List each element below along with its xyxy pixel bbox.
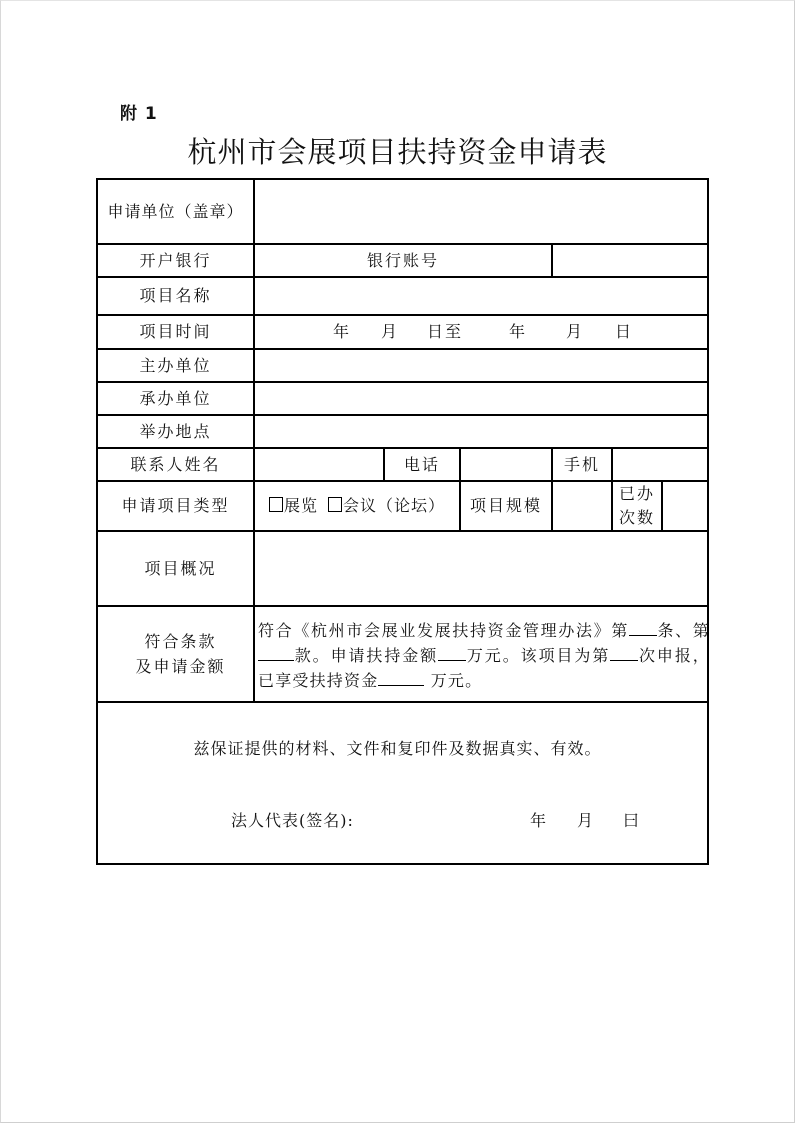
- end-day-label: 日: [615, 320, 633, 344]
- project-time-field[interactable]: 年 月 日至 年 月 日: [255, 316, 707, 348]
- received-amount-blank[interactable]: [378, 669, 424, 686]
- clause-label-line1: 符合条款: [144, 629, 216, 654]
- applicant-label: 申请单位（盖章）: [98, 180, 253, 243]
- organizer-field[interactable]: [255, 350, 707, 381]
- clause-label-line2: 及申请金额: [135, 654, 225, 679]
- bank-field[interactable]: 银行账号: [255, 245, 551, 276]
- venue-label: 举办地点: [98, 416, 253, 447]
- form-title: 杭州市会展项目扶持资金申请表: [0, 130, 795, 171]
- option-conference[interactable]: 会议（论坛）: [328, 494, 445, 518]
- paragraph-number-blank[interactable]: [258, 644, 294, 661]
- co-organizer-field[interactable]: [255, 383, 707, 414]
- signature-field[interactable]: [372, 806, 512, 830]
- applicant-field[interactable]: [255, 180, 707, 243]
- clause-label: 符合条款 及申请金额: [98, 607, 263, 701]
- start-month-label: 月: [381, 320, 399, 344]
- organizer-label: 主办单位: [98, 350, 253, 381]
- checkbox-conference[interactable]: [328, 497, 342, 512]
- checkbox-exhibition[interactable]: [269, 497, 283, 512]
- held-count-label-line1: 已办: [619, 482, 655, 506]
- requested-amount-blank[interactable]: [438, 644, 466, 661]
- contact-name-label: 联系人姓名: [98, 449, 253, 480]
- phone-label: 电话: [385, 449, 459, 480]
- clause-text: 符合《杭州市会展业发展扶持资金管理办法》第条、第款。申请扶持金额万元。该项目为第…: [258, 618, 710, 693]
- project-scale-label: 项目规模: [461, 482, 551, 530]
- annex-label: 附 1: [120, 99, 158, 124]
- application-count-blank[interactable]: [610, 644, 638, 661]
- option-conference-label: 会议（论坛）: [343, 496, 445, 515]
- held-count-label: 已办 次数: [613, 482, 661, 530]
- phone-field[interactable]: [461, 449, 551, 480]
- option-exhibition-label: 展览: [284, 496, 318, 515]
- pledge-statement: 兹保证提供的材料、文件和复印件及数据真实、有效。: [0, 736, 795, 759]
- mobile-label: 手机: [553, 449, 611, 480]
- mobile-field[interactable]: [613, 449, 707, 480]
- contact-name-field[interactable]: [255, 449, 383, 480]
- project-type-options: 展览 会议（论坛）: [255, 482, 459, 530]
- option-exhibition[interactable]: 展览: [269, 494, 318, 518]
- overview-label: 项目概况: [98, 532, 263, 605]
- overview-field[interactable]: [255, 532, 707, 605]
- sign-day-label: 曰: [623, 808, 640, 831]
- project-scale-field[interactable]: [553, 482, 611, 530]
- start-day-to-label: 日至: [427, 320, 463, 344]
- signature-label: 法人代表(签名):: [231, 808, 354, 831]
- venue-field[interactable]: [255, 416, 707, 447]
- project-time-label: 项目时间: [98, 316, 253, 348]
- bank-account-field[interactable]: [553, 245, 707, 276]
- project-name-label: 项目名称: [98, 278, 253, 314]
- held-count-label-line2: 次数: [619, 506, 655, 530]
- sign-month-label: 月: [577, 808, 594, 831]
- co-organizer-label: 承办单位: [98, 383, 253, 414]
- bank-label: 开户银行: [98, 245, 253, 276]
- article-number-blank[interactable]: [629, 619, 657, 636]
- held-count-field[interactable]: [663, 482, 707, 530]
- bank-account-label: 银行账号: [367, 249, 439, 273]
- sign-year-label: 年: [530, 808, 547, 831]
- end-month-label: 月: [566, 320, 584, 344]
- project-type-label: 申请项目类型: [98, 482, 253, 530]
- project-name-field[interactable]: [255, 278, 707, 314]
- start-year-label: 年: [333, 320, 351, 344]
- end-year-label: 年: [509, 320, 527, 344]
